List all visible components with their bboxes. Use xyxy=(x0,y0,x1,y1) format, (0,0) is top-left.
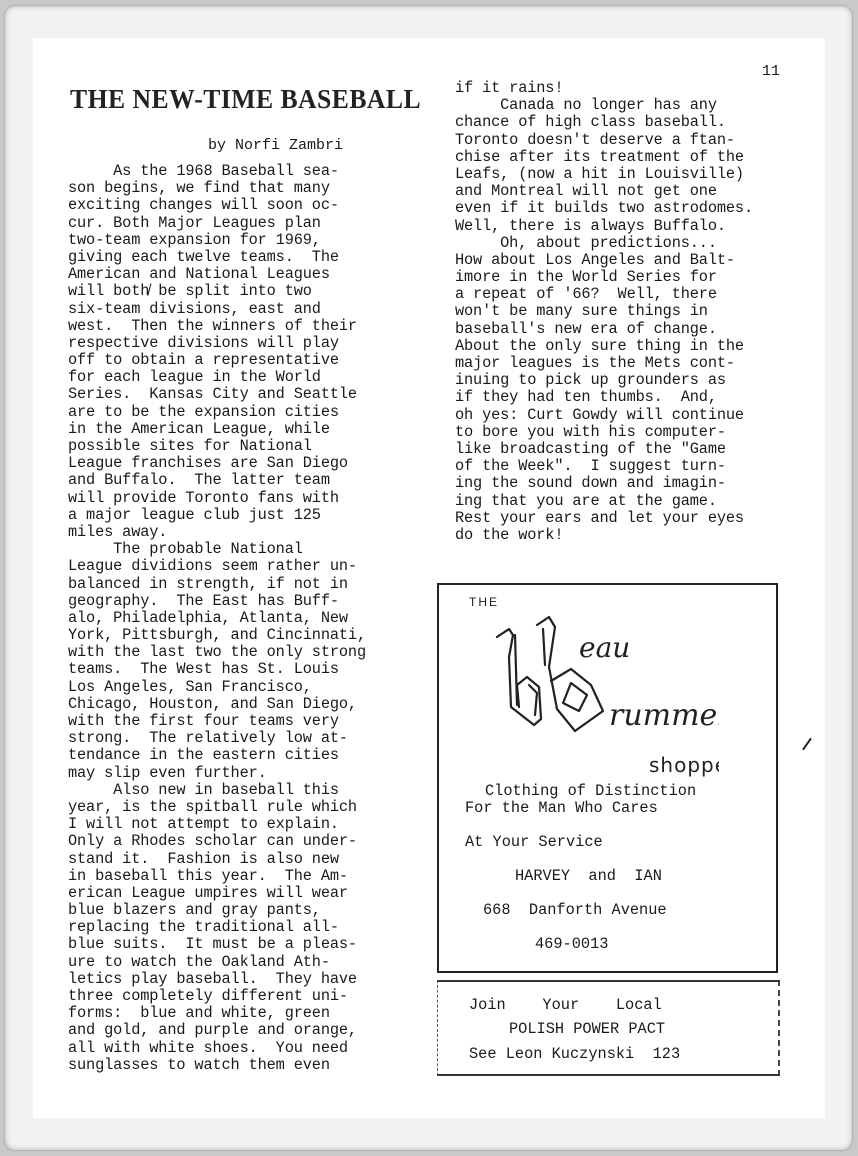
article-text-line: west. Then the winners of their xyxy=(68,318,366,335)
article-text-line: Chicago, Houston, and San Diego, xyxy=(68,696,366,713)
article-text-line: The probable National xyxy=(68,541,366,558)
article-text-line: and gold, and purple and orange, xyxy=(68,1022,366,1039)
article-text-line: like broadcasting of the "Game xyxy=(455,441,753,458)
article-text-line: York, Pittsburgh, and Cincinnati, xyxy=(68,627,366,644)
article-text-line: League dividions seem rather un- xyxy=(68,558,366,575)
article-text-line: strong. The relatively low at- xyxy=(68,730,366,747)
article-text-line: of the Week". I suggest turn- xyxy=(455,458,753,475)
article-text-line: letics play baseball. They have xyxy=(68,971,366,988)
ad-tagline-2: For the Man Who Cares xyxy=(465,799,658,817)
article-text-line: major leagues is the Mets cont- xyxy=(455,355,753,372)
ad2-line-2: POLISH POWER PACT xyxy=(509,1020,665,1038)
ad-phone: 469-0013 xyxy=(535,935,608,953)
article-text-line: balanced in strength, if not in xyxy=(68,576,366,593)
article-text-line: do the work! xyxy=(455,527,753,544)
article-text-line: ure to watch the Oakland Ath- xyxy=(68,954,366,971)
article-text-line: blue blazers and gray pants, xyxy=(68,902,366,919)
article-text-line: chance of high class baseball. xyxy=(455,114,753,131)
article-text-line: forms: blue and white, green xyxy=(68,1005,366,1022)
article-text-line: Rest your ears and let your eyes xyxy=(455,510,753,527)
article-text-line: if it rains! xyxy=(455,80,753,97)
article-text-line: cur. Both Major Leagues plan xyxy=(68,215,366,232)
article-text-line: a repeat of '66? Well, there xyxy=(455,286,753,303)
article-text-line: Oh, about predictions... xyxy=(455,235,753,252)
article-text-line: to bore you with his computer- xyxy=(455,424,753,441)
ad-tagline-1: Clothing of Distinction xyxy=(485,782,696,800)
logo-text-eau: eau xyxy=(579,631,630,664)
article-text-line: six-team divisions, east and xyxy=(68,301,366,318)
article-text-line: two-team expansion for 1969, xyxy=(68,232,366,249)
article-text-line: chise after its treatment of the xyxy=(455,149,753,166)
article-text-line: Toronto doesn't deserve a ftan- xyxy=(455,132,753,149)
article-text-line: stand it. Fashion is also new xyxy=(68,851,366,868)
article-text-line: Well, there is always Buffalo. xyxy=(455,218,753,235)
article-title: THE NEW-TIME BASEBALL xyxy=(70,84,421,115)
article-text-line: respective divisions will play xyxy=(68,335,366,352)
article-left-column: As the 1968 Baseball sea-son begins, we … xyxy=(68,163,366,1074)
article-text-line: ing the sound down and imagin- xyxy=(455,475,753,492)
article-text-line: teams. The West has St. Louis xyxy=(68,661,366,678)
ad-address: 668 Danforth Avenue xyxy=(483,901,667,919)
article-text-line: three completely different uni- xyxy=(68,988,366,1005)
article-text-line: possible sites for National xyxy=(68,438,366,455)
article-text-line: Also new in baseball this xyxy=(68,782,366,799)
article-text-line: off to obtain a representative xyxy=(68,352,366,369)
article-text-line: About the only sure thing in the xyxy=(455,338,753,355)
polish-power-pact-ad: Join Your Local POLISH POWER PACT See Le… xyxy=(437,980,780,1076)
article-right-column: if it rains! Canada no longer has anycha… xyxy=(455,80,753,544)
article-text-line: geography. The East has Buff- xyxy=(68,593,366,610)
article-text-line: Series. Kansas City and Seattle xyxy=(68,386,366,403)
article-byline: by Norfi Zambri xyxy=(208,137,343,154)
article-text-line: sunglasses to watch them even xyxy=(68,1057,366,1074)
beau-brummell-ad: THE eau rummell shoppe Clothing of Disti… xyxy=(437,583,778,973)
article-text-line: won't be many sure things in xyxy=(455,303,753,320)
article-text-line: will both̸ be split into two xyxy=(68,283,366,300)
page-number: 11 xyxy=(762,63,780,80)
article-text-line: inuing to pick up grounders as xyxy=(455,372,753,389)
article-text-line: League franchises are San Diego xyxy=(68,455,366,472)
article-text-line: a major league club just 125 xyxy=(68,507,366,524)
article-text-line: for each league in the World xyxy=(68,369,366,386)
article-text-line: giving each twelve teams. The xyxy=(68,249,366,266)
article-text-line: replacing the traditional all- xyxy=(68,919,366,936)
article-text-line: ing that you are at the game. xyxy=(455,493,753,510)
article-text-line: blue suits. It must be a pleas- xyxy=(68,936,366,953)
article-text-line: oh yes: Curt Gowdy will continue xyxy=(455,407,753,424)
article-text-line: may slip even further. xyxy=(68,765,366,782)
article-text-line: even if it builds two astrodomes. xyxy=(455,200,753,217)
article-text-line: if they had ten thumbs. And, xyxy=(455,389,753,406)
article-text-line: will provide Toronto fans with xyxy=(68,490,366,507)
article-text-line: all with white shoes. You need xyxy=(68,1040,366,1057)
article-text-line: imore in the World Series for xyxy=(455,269,753,286)
article-text-line: year, is the spitball rule which xyxy=(68,799,366,816)
article-text-line: As the 1968 Baseball sea- xyxy=(68,163,366,180)
article-text-line: alo, Philadelphia, Atlanta, New xyxy=(68,610,366,627)
article-text-line: are to be the expansion cities xyxy=(68,404,366,421)
article-text-line: exciting changes will soon oc- xyxy=(68,197,366,214)
article-text-line: in baseball this year. The Am- xyxy=(68,868,366,885)
logo-text-rummell: rummell xyxy=(609,698,719,733)
article-text-line: I will not attempt to explain. xyxy=(68,816,366,833)
article-text-line: Canada no longer has any xyxy=(455,97,753,114)
logo-text-shoppe: shoppe xyxy=(649,753,719,777)
article-text-line: with the last two the only strong xyxy=(68,644,366,661)
article-text-line: tendance in the eastern cities xyxy=(68,747,366,764)
article-text-line: Los Angeles, San Francisco, xyxy=(68,679,366,696)
article-text-line: erican League umpires will wear xyxy=(68,885,366,902)
article-text-line: baseball's new era of change. xyxy=(455,321,753,338)
ad2-line-3: See Leon Kuczynski 123 xyxy=(469,1045,680,1063)
article-text-line: son begins, we find that many xyxy=(68,180,366,197)
article-text-line: in the American League, while xyxy=(68,421,366,438)
article-text-line: miles away. xyxy=(68,524,366,541)
article-text-line: How about Los Angeles and Balt- xyxy=(455,252,753,269)
article-text-line: and Montreal will not get one xyxy=(455,183,753,200)
ad2-line-1: Join Your Local xyxy=(469,996,662,1014)
ad-service: At Your Service xyxy=(465,833,603,851)
article-text-line: American and National Leagues xyxy=(68,266,366,283)
article-text-line: Only a Rhodes scholar can under- xyxy=(68,833,366,850)
beau-brummell-bb-logo-icon: eau rummell shoppe xyxy=(479,607,719,777)
article-text-line: and Buffalo. The latter team xyxy=(68,472,366,489)
article-text-line: with the first four teams very xyxy=(68,713,366,730)
ad-owners: HARVEY and IAN xyxy=(515,867,662,885)
article-text-line: Leafs, (now a hit in Louisville) xyxy=(455,166,753,183)
